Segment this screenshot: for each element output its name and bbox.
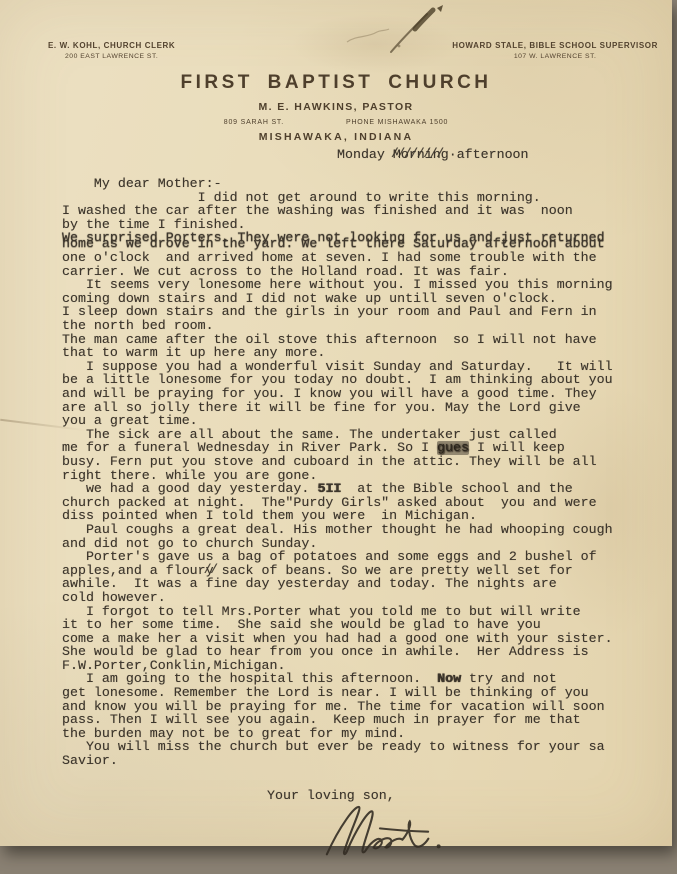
- letter-line: Porter's gave us a bag of potatoes and s…: [62, 550, 638, 564]
- letter-line: that to warm it up here any more.: [62, 346, 638, 360]
- letter-line: we had a good day yesterday. 5II at the …: [62, 482, 638, 496]
- letter-line: Savior.: [62, 754, 638, 768]
- clerk-name: E. W. KOHL, CHURCH CLERK: [48, 40, 175, 51]
- letter-line: the burden may not be to great for my mi…: [62, 727, 638, 741]
- letter-line: diss pointed when I told them you were i…: [62, 509, 638, 523]
- clerk-address: 200 EAST LAWRENCE ST.: [48, 51, 175, 62]
- letter-line: it to her some time. She said she would …: [62, 618, 638, 632]
- letterhead-supervisor-block: HOWARD STALE, BIBLE SCHOOL SUPERVISOR 10…: [452, 40, 658, 62]
- letter-line: right there. while you are gone.: [62, 469, 638, 483]
- pastor-name: M. E. HAWKINS, PASTOR: [0, 101, 672, 113]
- date-prefix: Monday: [337, 147, 393, 162]
- letter-line: It seems very lonesome here without you.…: [62, 278, 638, 292]
- letter-line: home as we drove in the yard. We left th…: [62, 237, 638, 251]
- supervisor-address: 107 W. LAWRENCE ST.: [452, 51, 658, 62]
- letter-line: busy. Fern put you stove and cuboard in …: [62, 455, 638, 469]
- letter-line: and know you will be praying for me. The…: [62, 700, 638, 714]
- letter-body: My dear Mother:- I did not get around to…: [62, 177, 638, 768]
- letter-line: I washed the car after the washing was f…: [62, 204, 638, 218]
- church-name: FIRST BAPTIST CHURCH: [0, 72, 672, 94]
- letter-line: F.W.Porter,Conklin,Michigan.: [62, 659, 638, 673]
- letter-line: and will be praying for you. I know you …: [62, 387, 638, 401]
- letter-line: Paul coughs a great deal. His mother tho…: [62, 523, 638, 537]
- church-phone: PHONE MISHAWAKA 1500: [346, 119, 448, 126]
- date-suffix: ·afternoon: [449, 147, 529, 162]
- letter-line: be a little lonesome for you today no do…: [62, 373, 638, 387]
- letterhead-clerk-block: E. W. KOHL, CHURCH CLERK 200 EAST LAWREN…: [48, 40, 175, 62]
- letter-line: carrier. We cut across to the Holland ro…: [62, 265, 638, 279]
- letter-line: My dear Mother:-: [62, 177, 638, 191]
- supervisor-name: HOWARD STALE, BIBLE SCHOOL SUPERVISOR: [452, 40, 658, 51]
- letter-line: I forgot to tell Mrs.Porter what you tol…: [62, 605, 638, 619]
- letter-line: The man came after the oil stove this af…: [62, 333, 638, 347]
- church-city: MISHAWAKA, INDIANA: [0, 131, 672, 143]
- letter-line: I am going to the hospital this afternoo…: [62, 672, 638, 686]
- letterhead-center-block: FIRST BAPTIST CHURCH M. E. HAWKINS, PAST…: [0, 72, 672, 143]
- letter-line: I sleep down stairs and the girls in you…: [62, 305, 638, 319]
- letter-line: the north bed room.: [62, 319, 638, 333]
- letter-line: and did not go to church Sunday.: [62, 537, 638, 551]
- letter-line: I suppose you had a wonderful visit Sund…: [62, 360, 638, 374]
- letter-line: pass. Then I will see you again. Keep mu…: [62, 713, 638, 727]
- letter-scan: { "colors": { "paper":"#e9dcba", "ink":"…: [0, 0, 677, 874]
- overstruck-word: gues: [437, 441, 469, 455]
- letter-line: get lonesome. Remember the Lord is near.…: [62, 686, 638, 700]
- church-address-line: 809 SARAH ST.PHONE MISHAWAKA 1500: [0, 119, 672, 126]
- letter-line: come a make her a visit when you had had…: [62, 632, 638, 646]
- letter-line: awhile. It was a fine day yesterday and …: [62, 577, 638, 591]
- letter-line: one o'clock and arrived home at seven. I…: [62, 251, 638, 265]
- emphasized-word: 5II: [317, 481, 341, 496]
- letter-line: The sick are all about the same. The und…: [62, 428, 638, 442]
- letter-line: coming down stairs and I did not wake up…: [62, 292, 638, 306]
- letter-line: You will miss the church but ever be rea…: [62, 740, 638, 754]
- church-street: 809 SARAH ST.: [224, 119, 284, 126]
- letter-line: She would be glad to hear from you once …: [62, 645, 638, 659]
- struck-char: y: [206, 564, 214, 578]
- letter-line: are all so jolly there it will be fine f…: [62, 401, 638, 415]
- letter-line: you a great time.: [62, 414, 638, 428]
- handwritten-signature: [315, 795, 467, 862]
- date-struck-word: Morning: [393, 147, 449, 162]
- ink-smudge-mark: [295, 2, 465, 64]
- letter-line: me for a funeral Wednesday in River Park…: [62, 441, 638, 455]
- letter-line: I did not get around to write this morni…: [62, 191, 638, 205]
- letter-line: church packed at night. The"Purdy Girls"…: [62, 496, 638, 510]
- date-line: Monday Morning·afternoon: [337, 147, 529, 162]
- letter-line: apples,and a floury sack of beans. So we…: [62, 564, 638, 578]
- letter-line: cold however.: [62, 591, 638, 605]
- letter-line: by the time I finished.: [62, 218, 638, 232]
- letter-paper: E. W. KOHL, CHURCH CLERK 200 EAST LAWREN…: [0, 0, 672, 846]
